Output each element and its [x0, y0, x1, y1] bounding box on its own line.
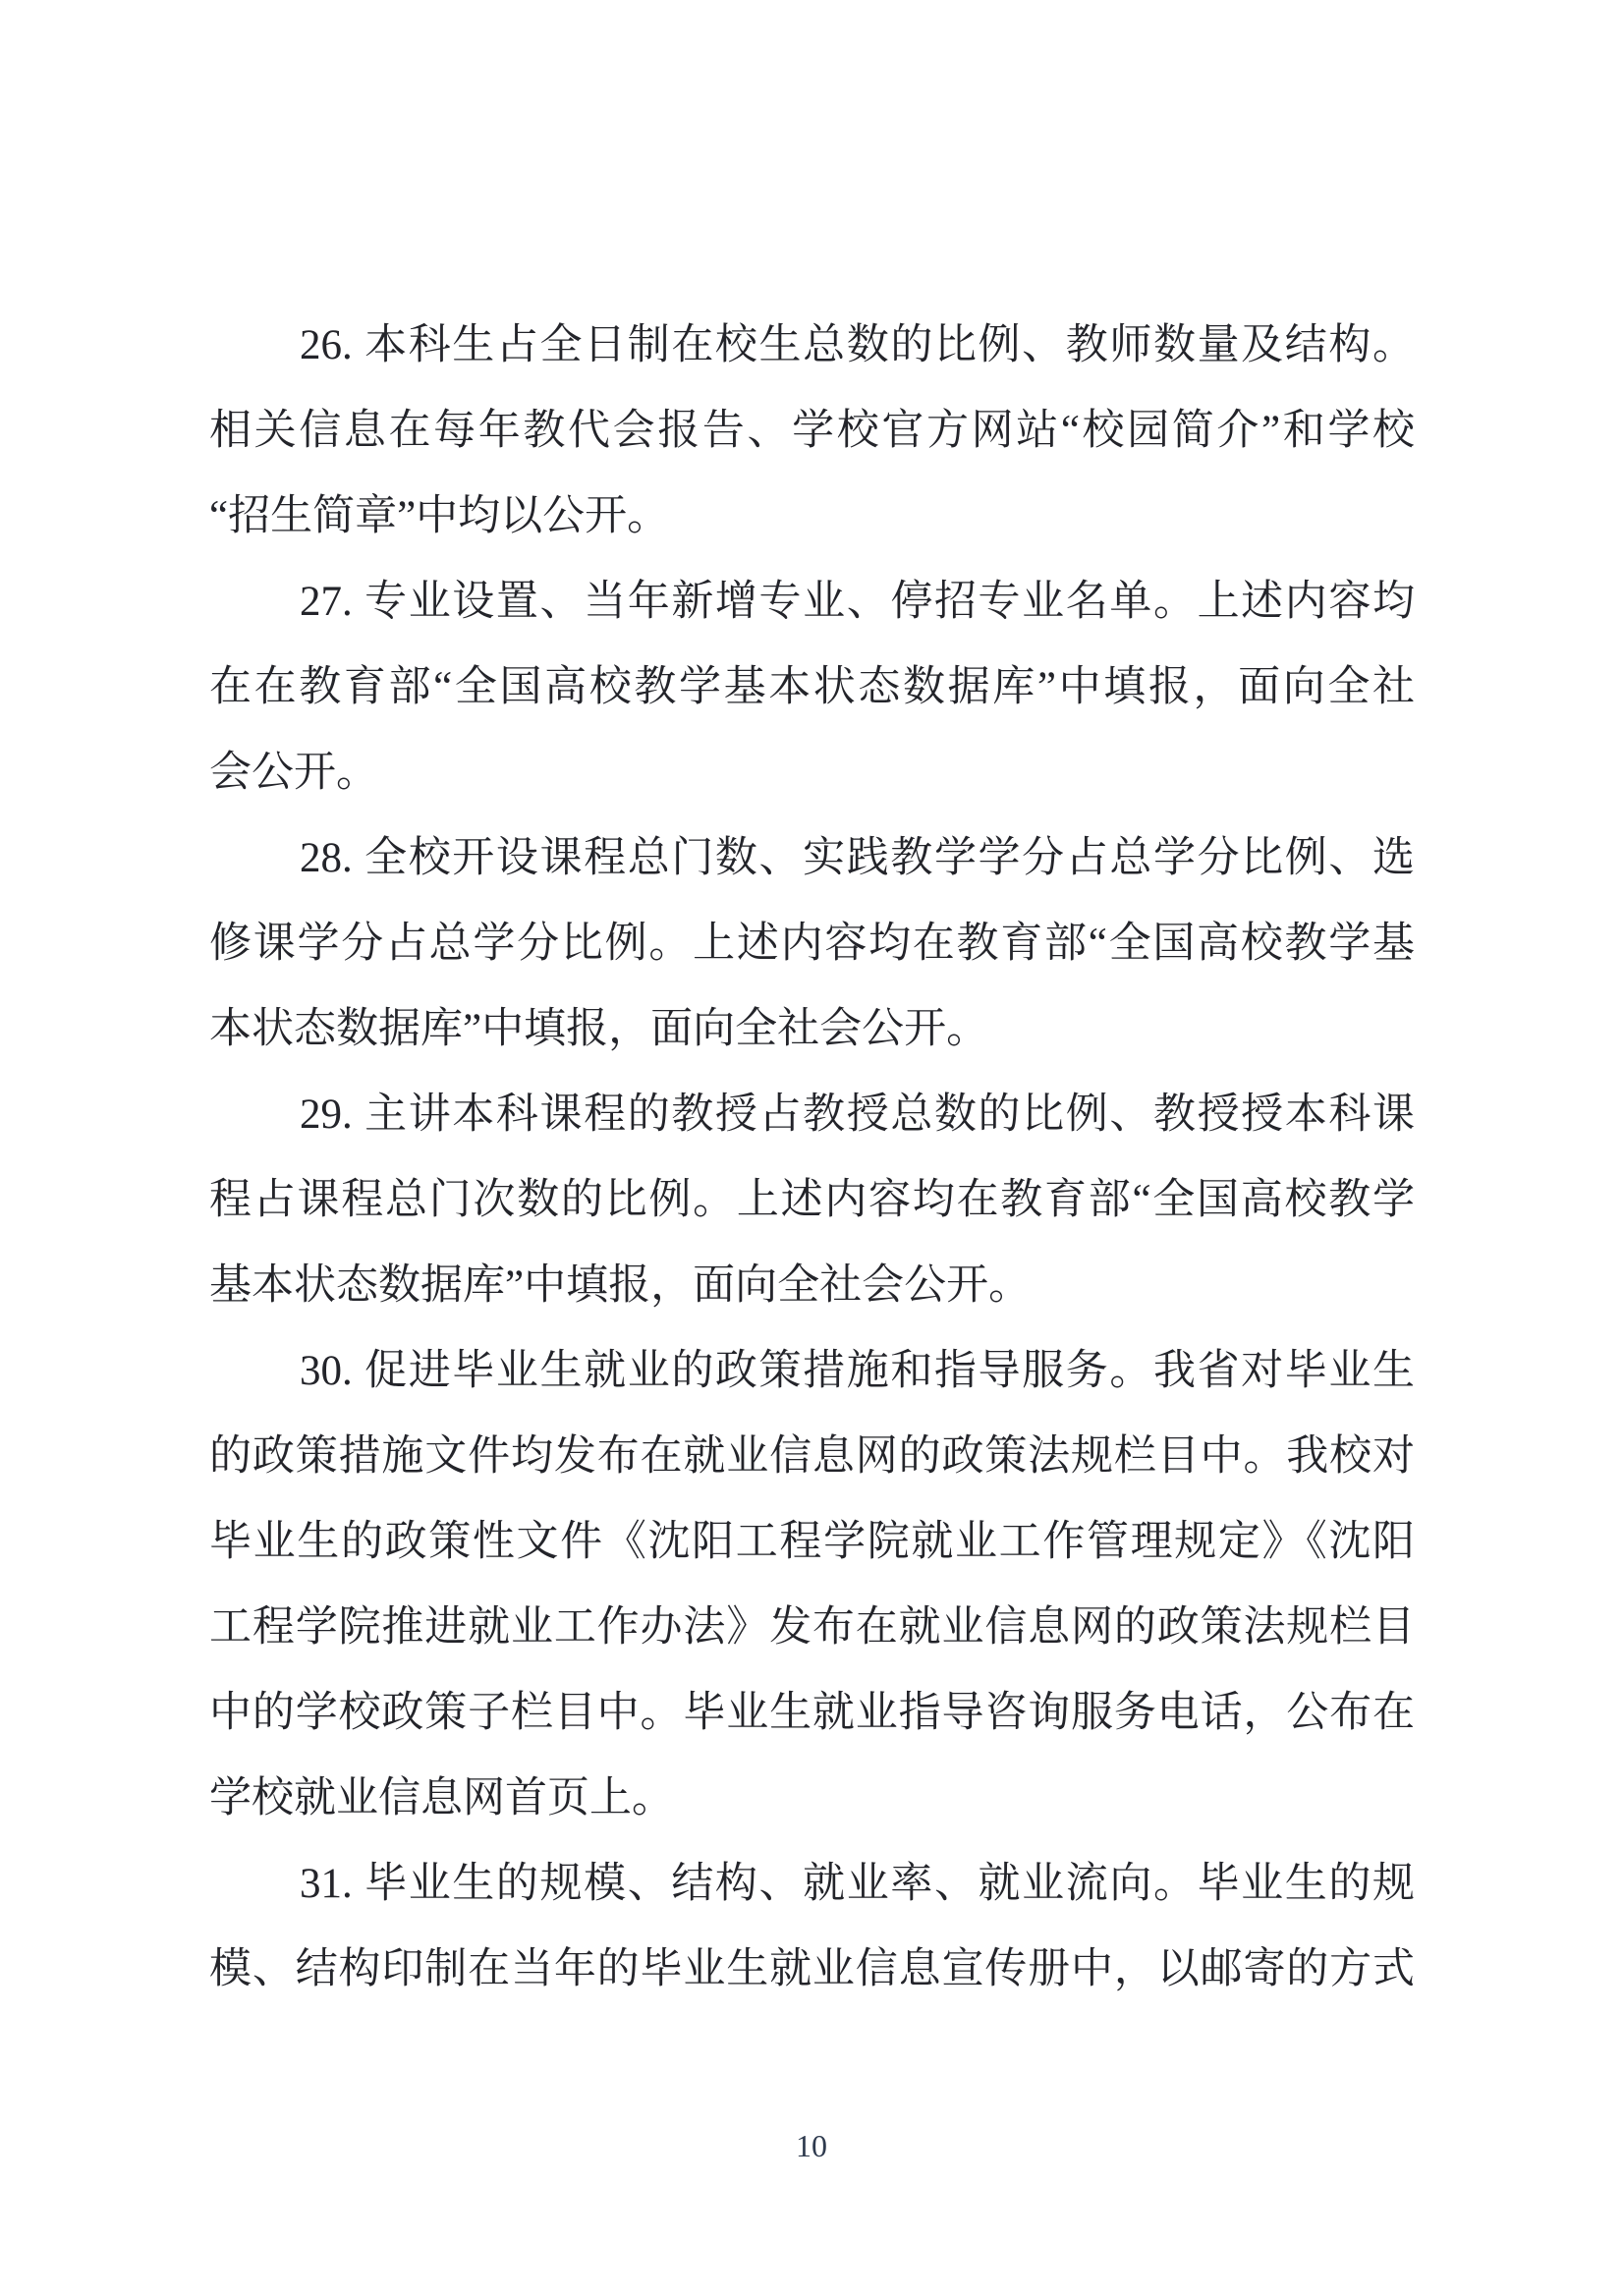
- para-27-line-3: 会公开。: [209, 730, 1415, 815]
- para-26-line-1: 26. 本科生占全日制在校生总数的比例、教师数量及结构。: [209, 303, 1415, 388]
- para-29-line-2: 程占课程总门次数的比例。上述内容均在教育部“全国高校教学: [209, 1157, 1415, 1243]
- page-footer: 10: [0, 2126, 1623, 2165]
- para-29-line-3: 基本状态数据库”中填报，面向全社会公开。: [209, 1243, 1415, 1328]
- para-27-line-1: 27. 专业设置、当年新增专业、停招专业名单。上述内容均: [209, 559, 1415, 644]
- para-30-line-2: 的政策措施文件均发布在就业信息网的政策法规栏目中。我校对: [209, 1414, 1415, 1499]
- para-30-line-1: 30. 促进毕业生就业的政策措施和指导服务。我省对毕业生: [209, 1328, 1415, 1414]
- page-number: 10: [796, 2128, 827, 2163]
- para-26-line-3: “招生简章”中均以公开。: [209, 474, 1415, 559]
- para-31-line-1: 31. 毕业生的规模、结构、就业率、就业流向。毕业生的规: [209, 1841, 1415, 1927]
- para-30-line-5: 中的学校政策子栏目中。毕业生就业指导咨询服务电话，公布在: [209, 1670, 1415, 1756]
- para-28-line-2: 修课学分占总学分比例。上述内容均在教育部“全国高校教学基: [209, 901, 1415, 986]
- para-28-line-1: 28. 全校开设课程总门数、实践教学学分占总学分比例、选: [209, 815, 1415, 901]
- para-30-line-4: 工程学院推进就业工作办法》发布在就业信息网的政策法规栏目: [209, 1585, 1415, 1670]
- para-31-line-2: 模、结构印制在当年的毕业生就业信息宣传册中，以邮寄的方式: [209, 1927, 1415, 2012]
- para-28-line-3: 本状态数据库”中填报，面向全社会公开。: [209, 986, 1415, 1072]
- para-26-line-2: 相关信息在每年教代会报告、学校官方网站“校园简介”和学校: [209, 388, 1415, 474]
- document-page: 26. 本科生占全日制在校生总数的比例、教师数量及结构。 相关信息在每年教代会报…: [0, 0, 1623, 2296]
- para-30-line-3: 毕业生的政策性文件《沈阳工程学院就业工作管理规定》《沈阳: [209, 1499, 1415, 1585]
- para-27-line-2: 在在教育部“全国高校教学基本状态数据库”中填报，面向全社: [209, 644, 1415, 730]
- para-30-line-6: 学校就业信息网首页上。: [209, 1756, 1415, 1841]
- para-29-line-1: 29. 主讲本科课程的教授占教授总数的比例、教授授本科课: [209, 1072, 1415, 1157]
- document-body: 26. 本科生占全日制在校生总数的比例、教师数量及结构。 相关信息在每年教代会报…: [209, 303, 1415, 2012]
